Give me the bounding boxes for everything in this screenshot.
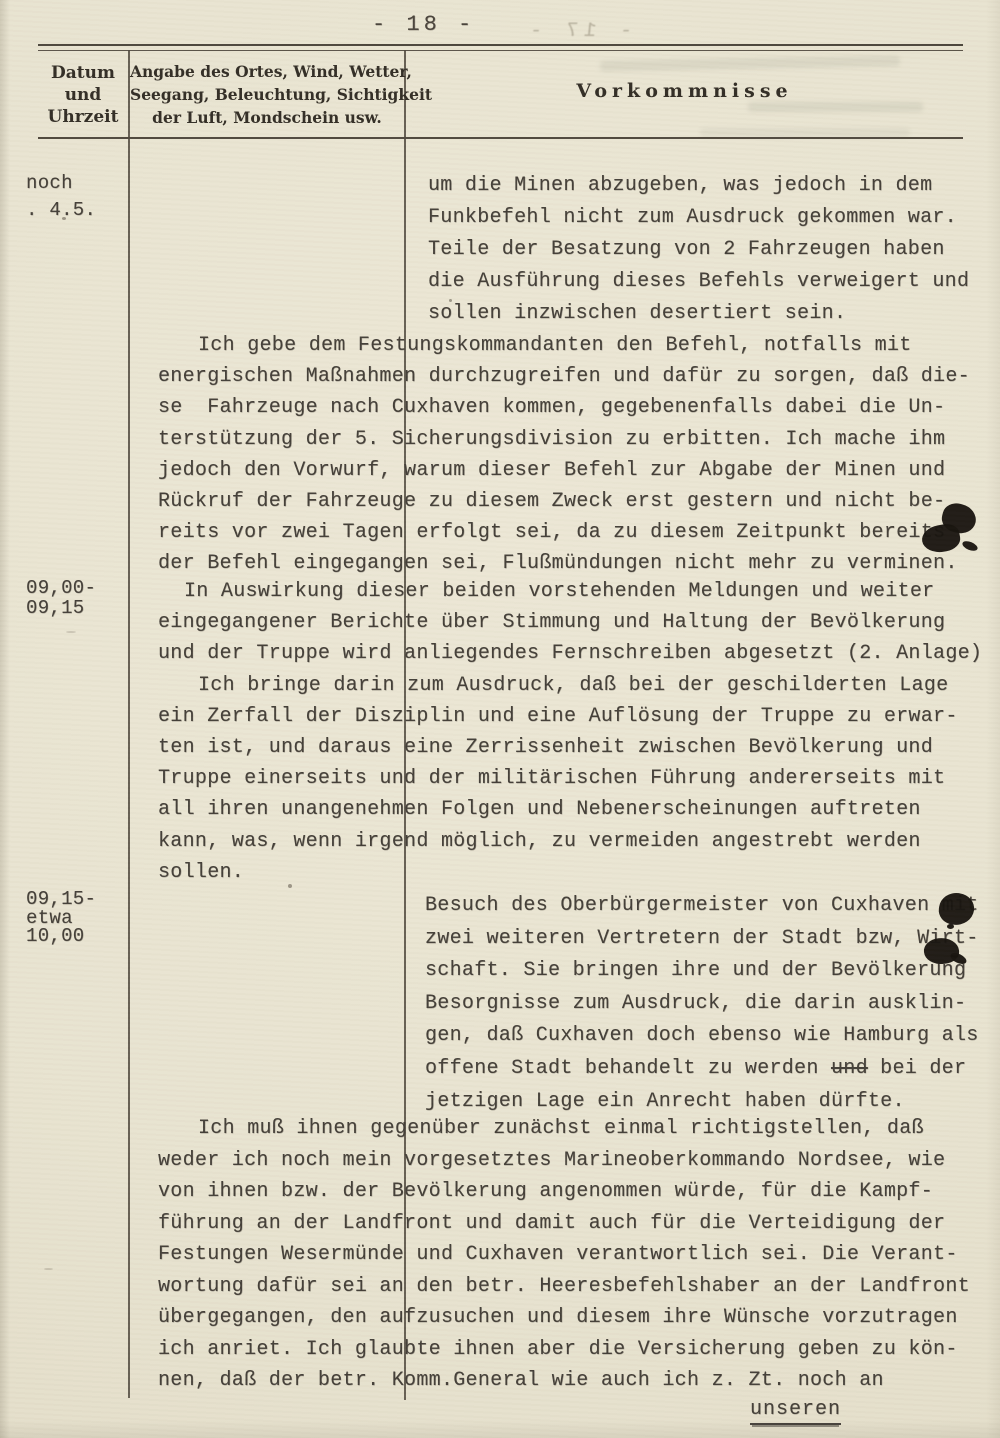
entry-block-fernschreiben: In Auswirkung dieser beiden vorstehenden… — [158, 576, 982, 888]
text-line: Teile der Besatzung von 2 Fahrzeugen hab… — [428, 234, 969, 266]
time-entry-0900-0915: 09,00- 09,15 — [26, 578, 96, 618]
text-line: sollen inzwischen desertiert sein. — [428, 298, 969, 330]
text-line: von ihnen bzw. der Bevölkerung angenomme… — [158, 1176, 970, 1208]
text-line: wortung dafür sei an den betr. Heeresbef… — [158, 1271, 970, 1303]
text-line: se Fahrzeuge nach Cuxhaven kommen, gegeb… — [158, 392, 970, 423]
bleed-through-mark — [700, 128, 910, 137]
bleed-through-mark — [600, 55, 900, 71]
header-vorkommnisse: Vorkommnisse — [406, 80, 963, 102]
text-line: nen, daß der betr. Komm.General wie auch… — [158, 1365, 970, 1397]
text-line: gen, daß Cuxhaven doch ebenso wie Hambur… — [425, 1020, 979, 1053]
text-line: Rückruf der Fahrzeuge zu diesem Zweck er… — [158, 486, 970, 517]
text-line: In Auswirkung dieser beiden vorstehenden… — [158, 576, 982, 607]
text-line: terstützung der 5. Sicherungsdivision zu… — [158, 424, 970, 455]
text-line: schaft. Sie bringen ihre und der Bevölke… — [425, 955, 979, 988]
bleed-through-mark — [748, 102, 923, 112]
text-line-with-strikeout: offene Stadt behandelt zu werden und bei… — [425, 1053, 979, 1086]
column-divider-time — [128, 50, 130, 1398]
text-line: ein Zerfall der Disziplin und eine Auflö… — [158, 701, 982, 732]
war-diary-page: - 18 - - 17 - Datum und Uhrzeit Angabe d… — [0, 0, 1000, 1438]
text-line: der Befehl eingegangen sei, Flußmündunge… — [158, 548, 970, 579]
time-entry-0915-1000: 09,15- etwa 10,00 — [26, 890, 96, 946]
text-line: Besuch des Oberbürgermeister von Cuxhave… — [425, 890, 979, 923]
struck-word: und — [831, 1057, 868, 1080]
ink-blot — [920, 504, 982, 556]
text-line: energischen Maßnahmen durchzugreifen und… — [158, 361, 970, 392]
entry-block-richtigstellung: Ich muß ihnen gegenüber zunächst einmal … — [158, 1113, 970, 1397]
text-line: um die Minen abzugeben, was jedoch in de… — [428, 170, 969, 202]
text-line: ten ist, und daraus eine Zerrissenheit z… — [158, 732, 982, 763]
text-line: und der Truppe wird anliegendes Fernschr… — [158, 638, 982, 669]
entry-block-befehl: Ich gebe dem Festungskommandanten den Be… — [158, 330, 970, 580]
text-line: all ihren unangenehmen Folgen und Nebene… — [158, 794, 982, 825]
text-line: Festungen Wesermünde und Cuxhaven verant… — [158, 1239, 970, 1271]
text-line: jedoch den Vorwurf, warum dieser Befehl … — [158, 455, 970, 486]
table-top-rule — [38, 44, 963, 46]
ghost-page-number: - 17 - — [523, 20, 633, 43]
text-line: eingegangener Berichte über Stimmung und… — [158, 607, 982, 638]
text-line: die Ausführung dieses Befehls verweigert… — [428, 266, 969, 298]
header-datum-uhrzeit: Datum und Uhrzeit — [38, 62, 128, 128]
text-line: kann, was, wenn irgend möglich, zu verme… — [158, 826, 982, 857]
text-line: übergegangen, den aufzusuchen und diesem… — [158, 1302, 970, 1334]
time-entry-noch-4-5: noch . 4.5. — [26, 170, 96, 224]
text-line: Ich gebe dem Festungskommandanten den Be… — [158, 330, 970, 361]
page-number: - 18 - — [372, 12, 475, 37]
scan-speck — [66, 631, 76, 633]
ink-blot — [924, 938, 970, 968]
table-top-rule-double — [38, 50, 963, 51]
text-line: Ich bringe darin zum Ausdruck, daß bei d… — [158, 670, 982, 701]
text-line: reits vor zwei Tagen erfolgt sei, da zu … — [158, 517, 970, 548]
entry-block-besuch: Besuch des Oberbürgermeister von Cuxhave… — [425, 890, 979, 1118]
header-ortsangabe: Angabe des Ortes, Wind, Wetter, Seegang,… — [130, 60, 404, 129]
ink-blot — [939, 893, 979, 931]
text-line: Besorgnisse zum Ausdruck, die darin ausk… — [425, 988, 979, 1021]
text-line: führung an der Landfront und damit auch … — [158, 1208, 970, 1240]
catchword: unseren — [750, 1398, 841, 1425]
text-line: ich anriet. Ich glaubte ihnen aber die V… — [158, 1334, 970, 1366]
entry-block-minen: um die Minen abzugeben, was jedoch in de… — [428, 170, 969, 330]
text-line: Funkbefehl nicht zum Ausdruck gekommen w… — [428, 202, 969, 234]
text-line: sollen. — [158, 857, 982, 888]
text-line: zwei weiteren Vertretern der Stadt bzw, … — [425, 923, 979, 956]
text-line: Truppe einerseits und der militärischen … — [158, 763, 982, 794]
text-line: weder ich noch mein vorgesetztes Marineo… — [158, 1145, 970, 1177]
text-line: Ich muß ihnen gegenüber zunächst einmal … — [158, 1113, 970, 1145]
scan-speck — [44, 1268, 53, 1270]
header-bottom-rule — [38, 137, 963, 139]
